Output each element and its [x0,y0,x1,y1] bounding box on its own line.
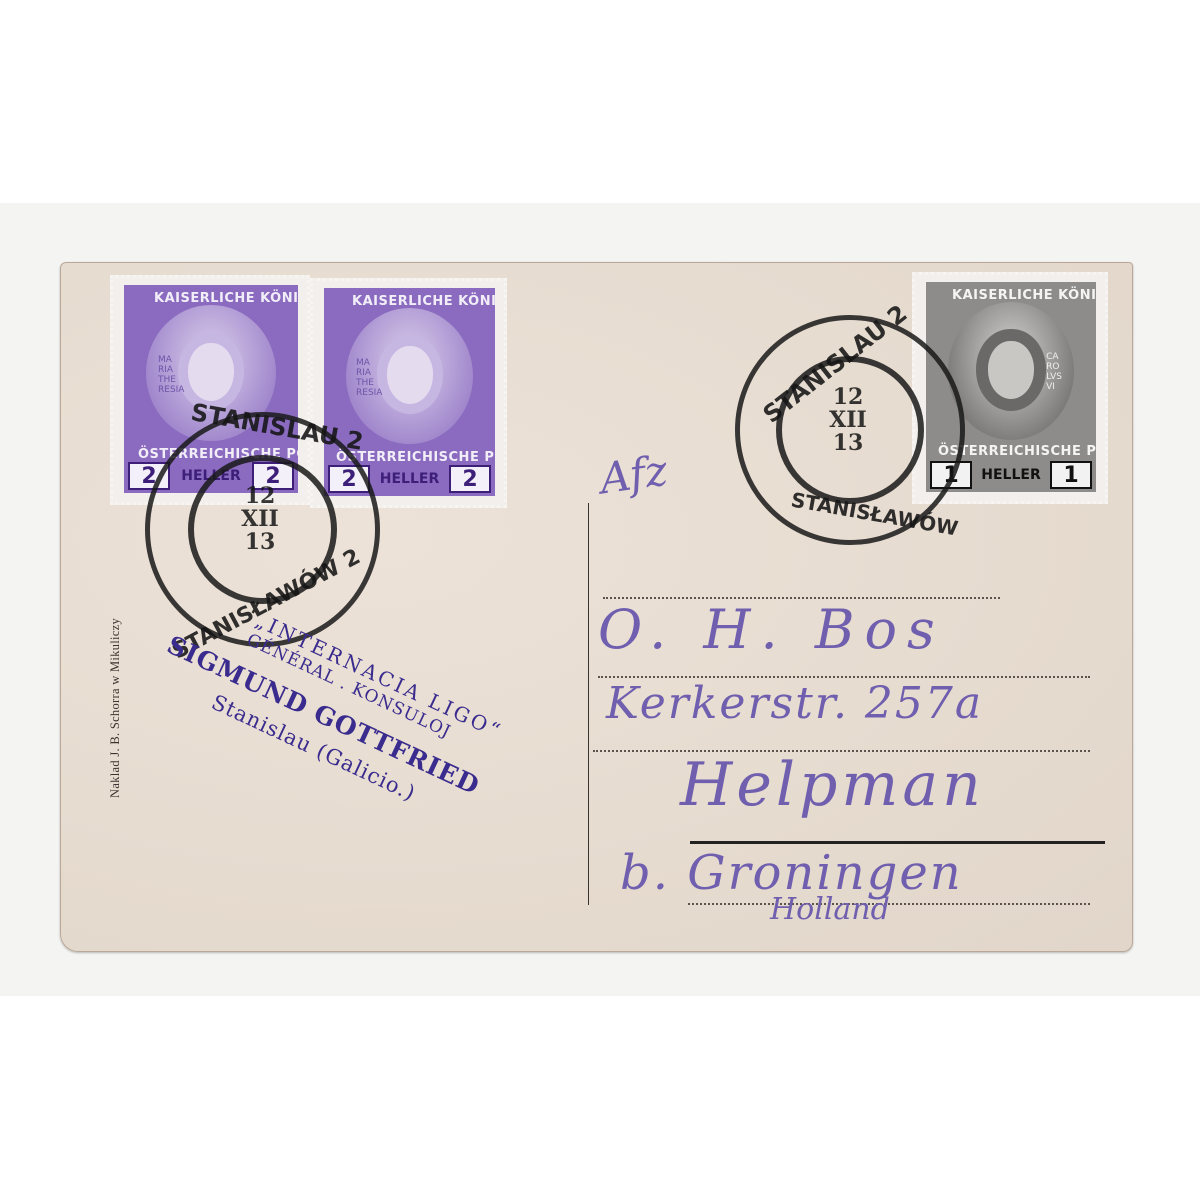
portrait-icon [188,343,234,401]
stamp-inscription-top: KAISERLICHE KÖNIGLICHE [952,288,1096,303]
stamp-inscription-top: KAISERLICHE KÖNIGLICHE [352,294,495,309]
portrait-label: CAROLVSVI [1046,352,1062,392]
portrait-icon [387,346,433,404]
stamp-inscription-top: KAISERLICHE KÖNIGLICHE [154,291,298,306]
postmark-date: 12 XII 13 [230,485,290,554]
portrait-icon [988,341,1034,399]
address-divider [588,503,589,905]
portrait-label: MARIATHERESIA [158,355,184,395]
recipient-name: O. H. Bos [598,598,945,661]
postmark-right: STANISLAU 2 STANISŁAWÓW 12 XII 13 [735,315,965,545]
postmark-date: 12 XII 13 [818,386,878,455]
recipient-city: Helpman [680,750,985,820]
stamp-value: 2 [449,465,491,493]
portrait-label: MARIATHERESIA [356,358,382,398]
stamp-currency: HELLER [981,467,1040,483]
publisher-imprint: Naklad J. B. Schorra w Mikuliczy [108,618,123,798]
address-underline [690,841,1105,844]
recipient-street: Kerkerstr. 257a [606,678,983,729]
recipient-country: Holland [770,892,890,927]
stamp-currency: HELLER [380,471,439,487]
stamp-value: 1 [1050,461,1092,489]
sender-salutation: Afz [597,446,670,504]
